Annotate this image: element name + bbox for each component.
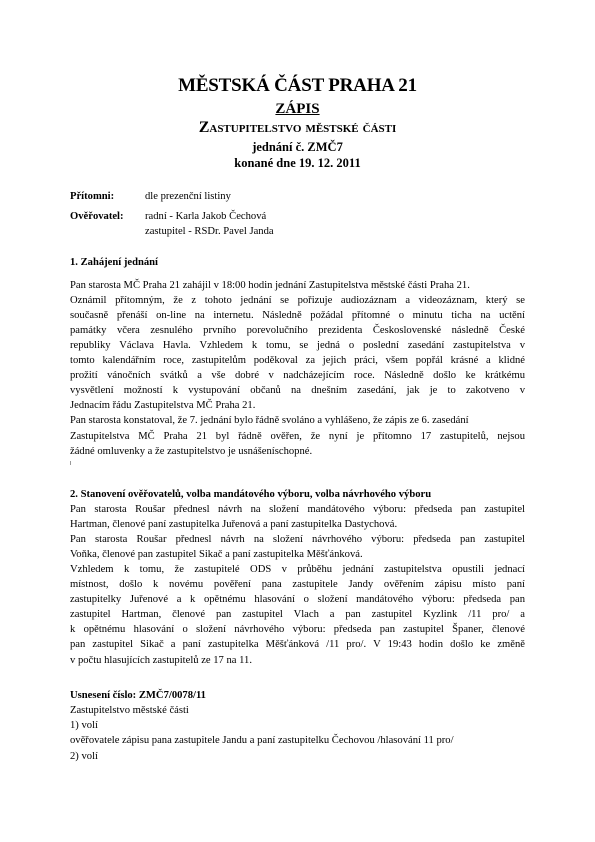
section1-line: Pan starosta MČ Praha 21 zahájil v 18:00… (70, 279, 470, 293)
resolution-line: ověřovatele zápisu pana zastupitele Jand… (70, 734, 454, 748)
section2-line: Pan starosta Roušar přednesl návrh na sl… (70, 533, 525, 547)
section2-line: Vzhledem k tomu, že zastupitelé ODS v pr… (70, 563, 525, 577)
section2-line: Pan starosta Roušar přednesl návrh na sl… (70, 503, 525, 517)
verifiers-label: Ověřovatel: (70, 211, 124, 222)
present-label: Přítomni: (70, 191, 114, 202)
section1-line: Jednacím řádu Zastupitelstva MČ Praha 21… (70, 399, 255, 413)
document-body-name: Zastupitelstvo městské části (0, 119, 595, 137)
section1-line: Zastupitelstva MČ Praha 21 byl řádně ově… (70, 430, 525, 444)
section1-line: prožití vánočních svátků a vše dobré v n… (70, 369, 525, 383)
resolution-line: Zastupitelstvo městské části (70, 704, 189, 718)
stray-mark (70, 461, 71, 465)
resolution-line: 2) volí (70, 750, 98, 764)
section1-heading: 1. Zahájení jednání (70, 256, 158, 270)
resolution-heading: Usnesení číslo: ZMČ7/0078/11 (70, 689, 206, 703)
section2-line: pan zastupitel Sikač a paní zastupitelka… (70, 638, 525, 652)
session-date: konané dne 19. 12. 2011 (0, 156, 595, 171)
present-value: dle prezenční listiny (145, 191, 231, 202)
section1-line: památky včera zesnulého prvního porevolu… (70, 324, 525, 338)
section1-line: Pan starosta konstatoval, že 7. jednání … (70, 414, 469, 428)
verifier-2: zastupitel - RSDr. Pavel Janda (145, 226, 274, 237)
section2-heading: 2. Stanovení ověřovatelů, volba mandátov… (70, 488, 431, 502)
session-number: jednání č. ZMČ7 (0, 140, 595, 155)
document-page: MĚSTSKÁ ČÁST PRAHA 21 ZÁPIS Zastupitelst… (0, 0, 595, 842)
section1-line: současně přenáší on-line na internetu. N… (70, 309, 525, 323)
section2-line: v počtu hlasujících zastupitelů ze 17 na… (70, 654, 252, 668)
section2-line: zastupitel Hartman, členové pan zastupit… (70, 608, 525, 622)
section1-line: žádné omluvenky a že zastupitelstvo je u… (70, 445, 312, 459)
section1-line: republiky Václava Havla. Vzhledem k tomu… (70, 339, 525, 353)
section2-line: Voňka, členové pan zastupitel Sikač a pa… (70, 548, 363, 562)
section1-line: Oznámil přítomným, že z tohoto jednání s… (70, 294, 525, 308)
resolution-line: 1) volí (70, 719, 98, 733)
section1-line: vysvětlení možností k vystupování občanů… (70, 384, 525, 398)
section2-line: místnost, došlo k novému pověření pana z… (70, 578, 525, 592)
verifier-1: radní - Karla Jakob Čechová (145, 211, 266, 222)
section2-line: k opětnému hlasování o složení návrhovéh… (70, 623, 525, 637)
section2-line: zastupitelky Juřenové a k opětnému hlaso… (70, 593, 525, 607)
section2-line: Hartman, členové paní zastupitelka Juřen… (70, 518, 397, 532)
section1-line: tomto kalendářním roce, zastupitelům pod… (70, 354, 525, 368)
document-subtitle: ZÁPIS (0, 101, 595, 118)
document-title: MĚSTSKÁ ČÁST PRAHA 21 (0, 75, 595, 97)
